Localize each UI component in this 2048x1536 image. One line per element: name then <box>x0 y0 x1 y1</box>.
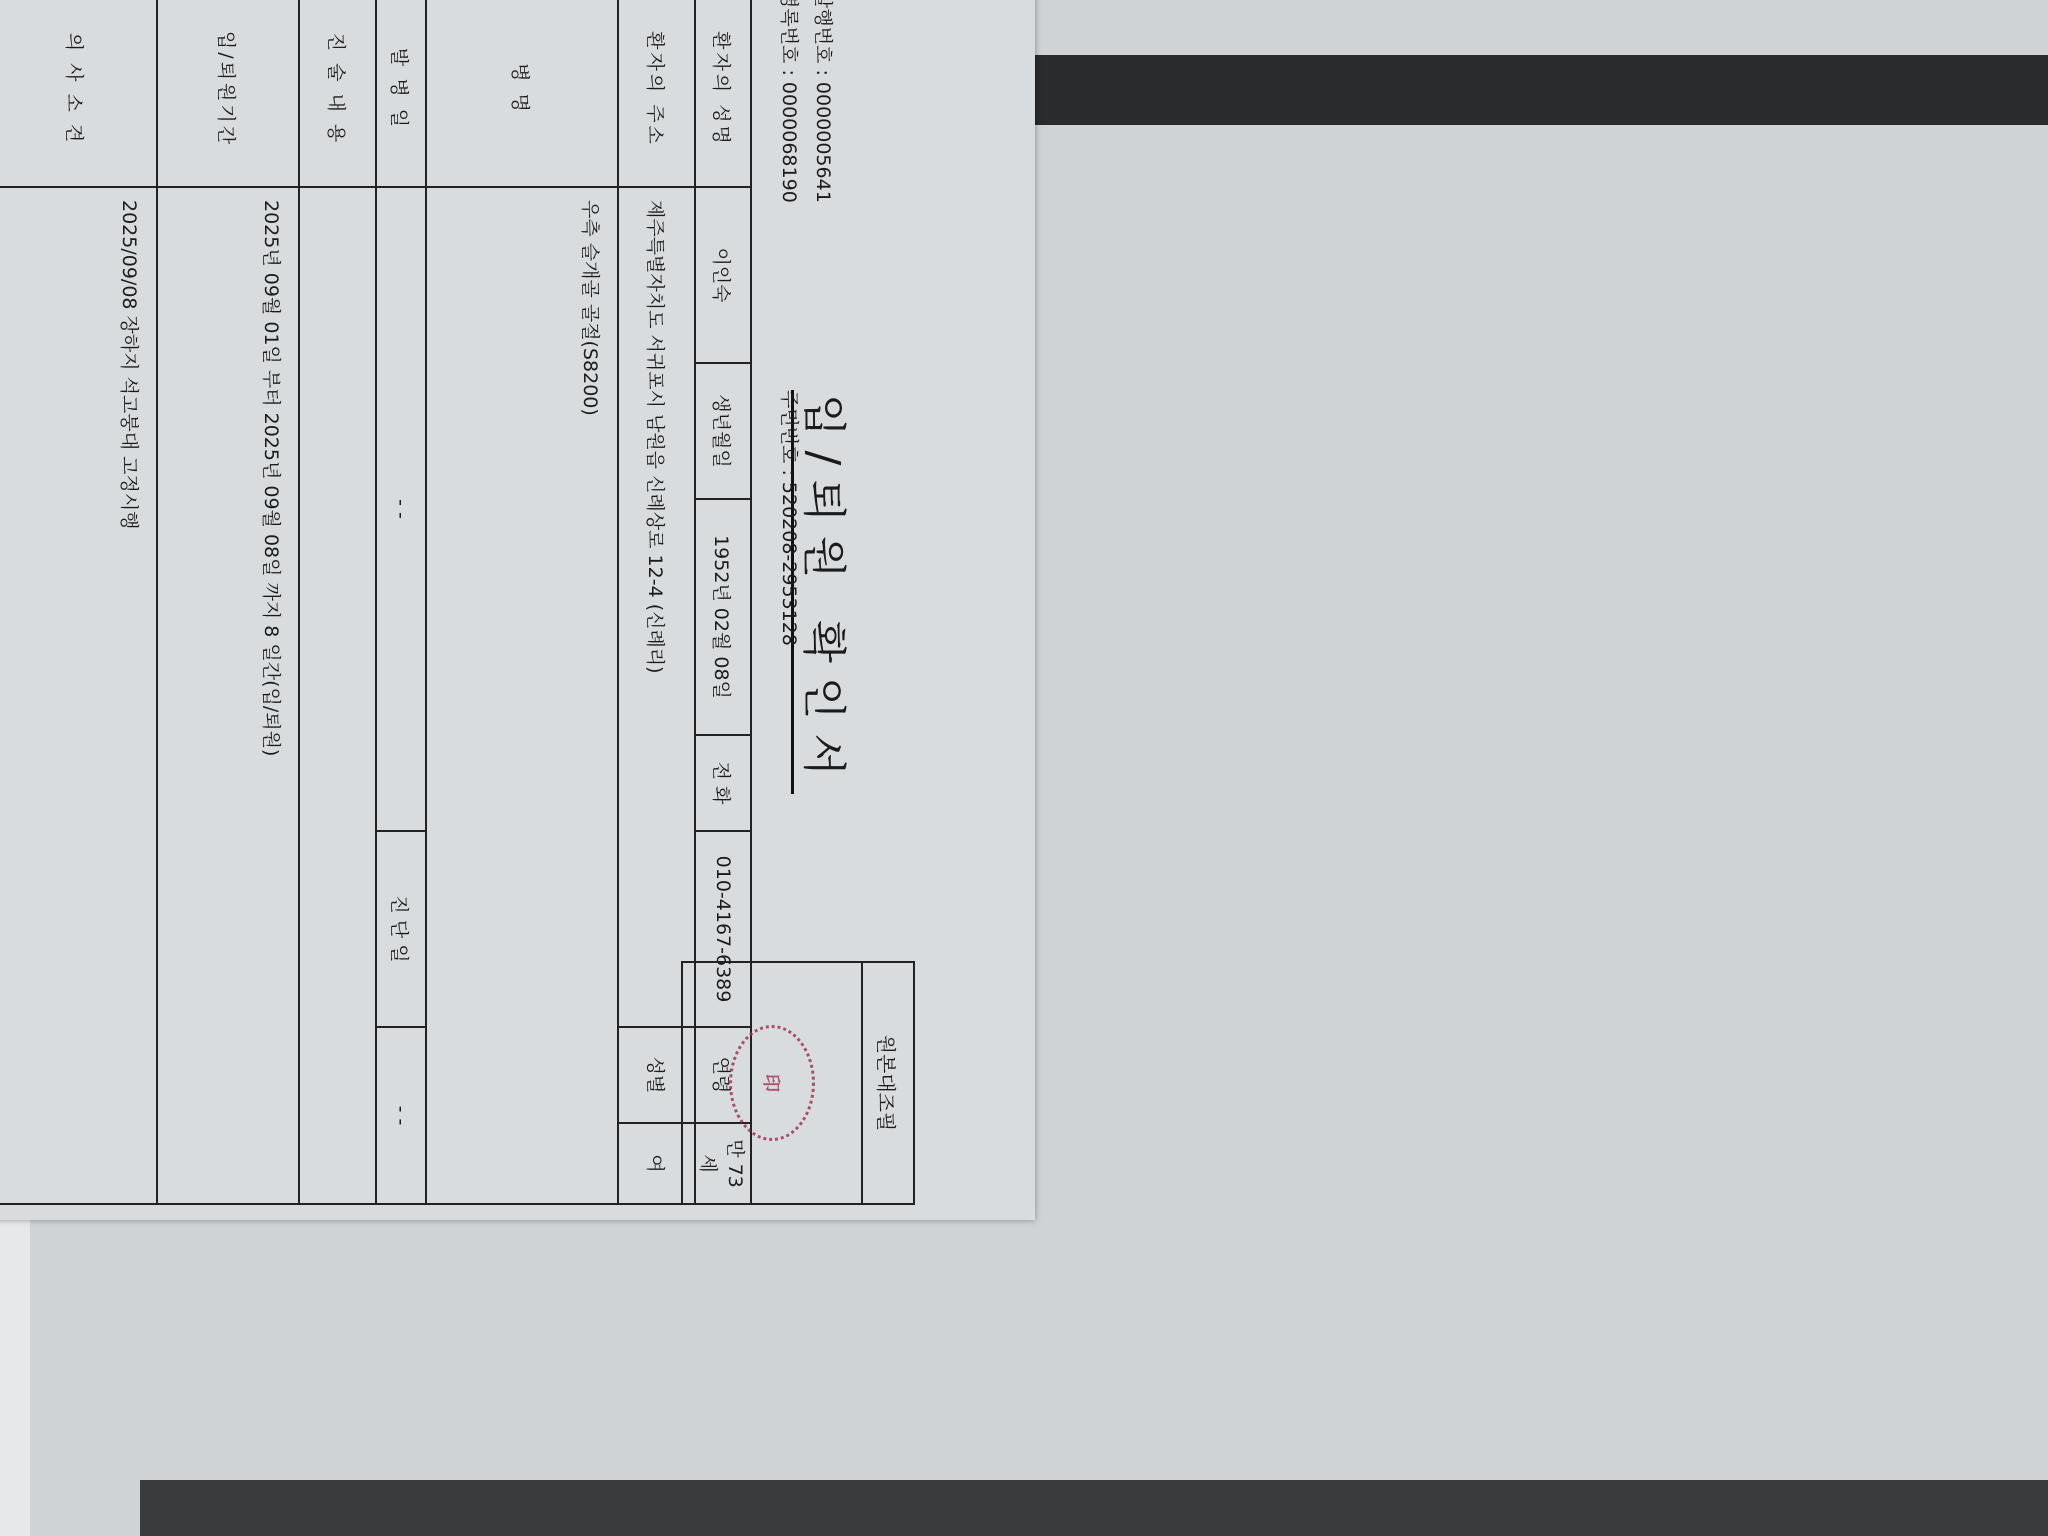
period-label: 입/퇴원기간 <box>157 0 299 187</box>
onset-label: 발 병 일 <box>376 0 426 187</box>
diagnosis-date: - - <box>376 1027 426 1204</box>
address-label: 환자의 주소 <box>618 0 695 187</box>
findings-label: 의 사 소 견 <box>0 0 157 187</box>
stamp-box-label: 원본대조필 <box>861 963 913 1203</box>
record-number: 0000068190 <box>778 82 800 203</box>
disease-label: 병 명 <box>426 0 618 187</box>
patient-address: 제주특별자치도 서귀포시 남원읍 신례상로 12-4 (신례리) <box>618 187 695 1027</box>
resident-id-label: 주민번호 <box>778 390 800 463</box>
certificate-table: 환자의 성명 이인숙 생년월일 1952년 02월 08일 전 화 010-41… <box>0 0 752 1205</box>
resident-id: 520208-2953128 <box>778 482 800 646</box>
surgery-content <box>299 187 376 1204</box>
surgery-label: 진 술 내 용 <box>299 0 376 187</box>
disease-name: 우측 슬개골 골절(S8200) <box>426 187 618 1204</box>
admission-discharge-certificate: 입/퇴원 확인서 원본대조필 印 발행번호 : 0000005641 병록번호 … <box>0 0 1035 1220</box>
desk-edge-bottom <box>140 1480 2048 1536</box>
diagnosis-date-label: 진 단 일 <box>376 831 426 1027</box>
onset-date: - - <box>376 187 426 831</box>
doctor-findings: 2025/09/08 장하지 석고붕대 고정시행 <box>0 187 157 1204</box>
admission-period: 2025년 09월 01일 부터 2025년 09월 08일 까지 8 일간(입… <box>157 187 299 1204</box>
record-number-label: 병록번호 <box>778 0 800 63</box>
